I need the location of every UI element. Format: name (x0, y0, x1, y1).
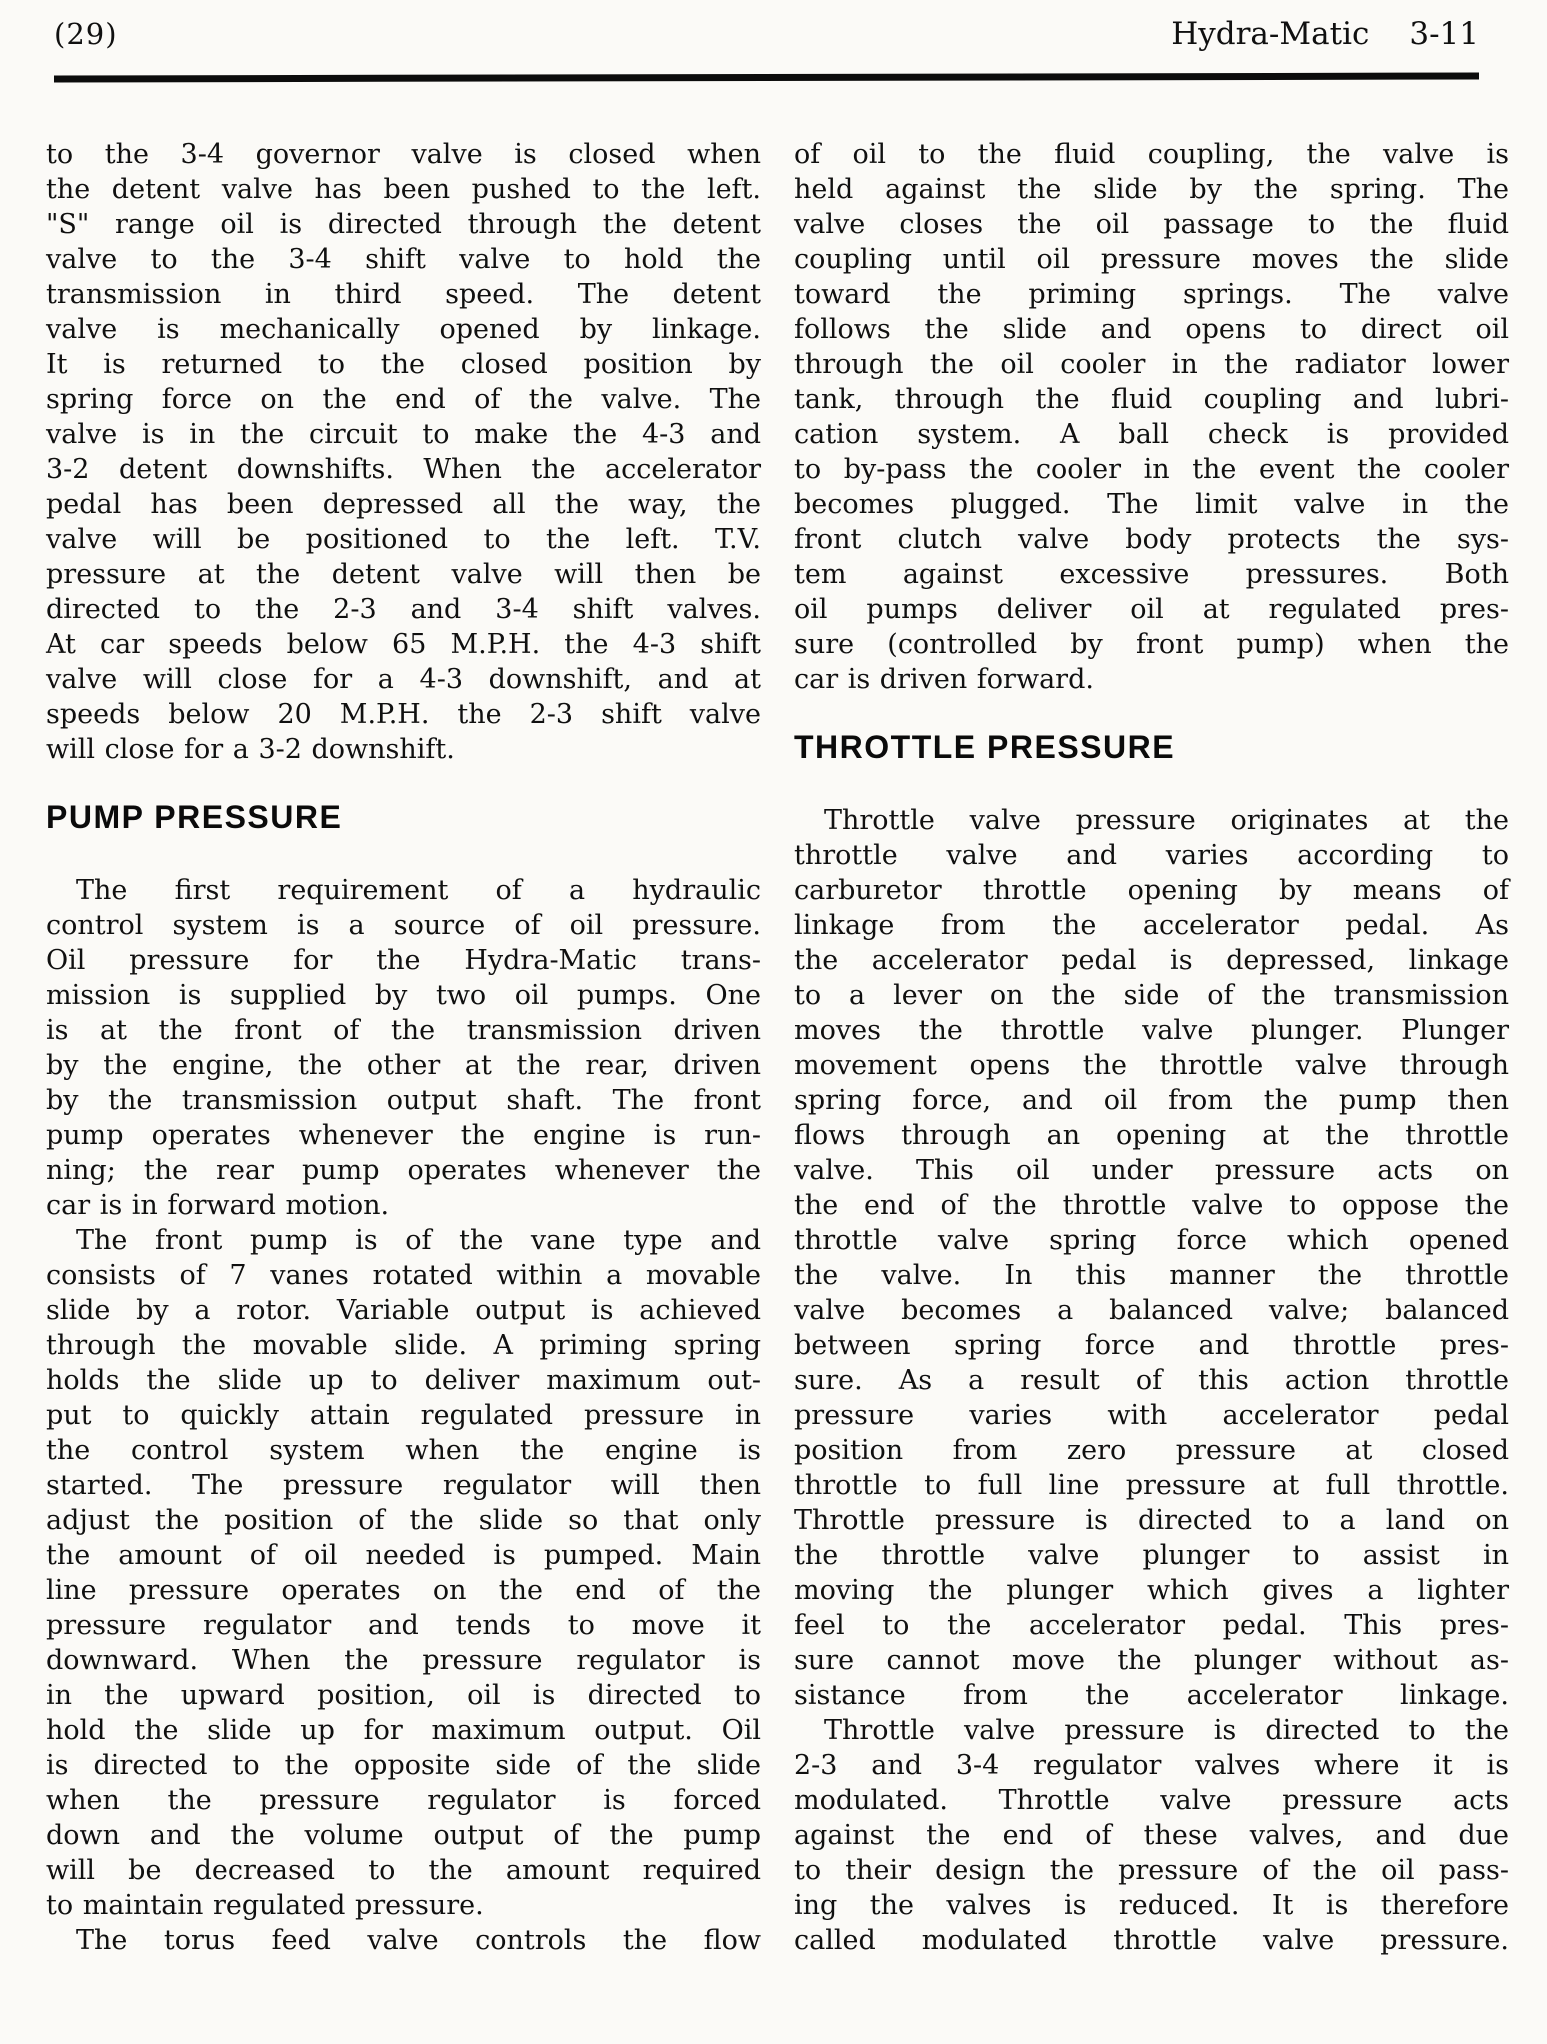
text-line: becomes plugged. The limit valve in the (794, 487, 1509, 522)
text-line: coupling until oil pressure moves the sl… (794, 242, 1509, 277)
text-line: ing the valves is reduced. It is therefo… (794, 1888, 1509, 1923)
text-line: started. The pressure regulator will the… (46, 1468, 761, 1503)
text-line: through the oil cooler in the radiator l… (794, 347, 1509, 382)
text-line: throttle to full line pressure at full t… (794, 1468, 1509, 1503)
text-line: valve becomes a balanced valve; balanced (794, 1293, 1509, 1328)
text-line: is at the front of the transmission driv… (46, 1013, 761, 1048)
text-line: pressure at the detent valve will then b… (46, 557, 761, 592)
text-line: against the end of these valves, and due (794, 1818, 1509, 1853)
text-line: valve is mechanically opened by linkage. (46, 312, 761, 347)
paragraph: The torus feed valve controls the flow (46, 1923, 761, 1958)
text-line: tem against excessive pressures. Both (794, 557, 1509, 592)
column-right: of oil to the fluid coupling, the valve … (794, 137, 1509, 1958)
text-line: Throttle pressure is directed to a land … (794, 1503, 1509, 1538)
text-line: valve closes the oil passage to the flui… (794, 207, 1509, 242)
text-line: downward. When the pressure regulator is (46, 1643, 761, 1678)
text-line: the valve. In this manner the throttle (794, 1258, 1509, 1293)
text-line: valve is in the circuit to make the 4-3 … (46, 417, 761, 452)
text-line: by the transmission output shaft. The fr… (46, 1083, 761, 1118)
paragraph: of oil to the fluid coupling, the valve … (794, 137, 1509, 697)
text-line: The torus feed valve controls the flow (46, 1923, 761, 1958)
text-line: At car speeds below 65 M.P.H. the 4-3 sh… (46, 627, 761, 662)
text-line: in the upward position, oil is directed … (46, 1678, 761, 1713)
text-line: The first requirement of a hydraulic (46, 873, 761, 908)
page-number: 3-11 (1409, 16, 1479, 52)
text-line: between spring force and throttle pres- (794, 1328, 1509, 1363)
text-line: put to quickly attain regulated pressure… (46, 1398, 761, 1433)
running-title: Hydra-Matic3-11 (1171, 16, 1479, 52)
text-line: tank, through the fluid coupling and lub… (794, 382, 1509, 417)
text-line: consists of 7 vanes rotated within a mov… (46, 1258, 761, 1293)
text-line: the amount of oil needed is pumped. Main (46, 1538, 761, 1573)
text-line: of oil to the fluid coupling, the valve … (794, 137, 1509, 172)
text-line: throttle valve and varies according to (794, 838, 1509, 873)
text-line: It is returned to the closed position by (46, 347, 761, 382)
text-line: follows the slide and opens to direct oi… (794, 312, 1509, 347)
text-line: sistance from the accelerator linkage. (794, 1678, 1509, 1713)
text-line: toward the priming springs. The valve (794, 277, 1509, 312)
text-line: oil pumps deliver oil at regulated pres- (794, 592, 1509, 627)
text-line: pressure varies with accelerator pedal (794, 1398, 1509, 1433)
text-line: moves the throttle valve plunger. Plunge… (794, 1013, 1509, 1048)
text-line: position from zero pressure at closed (794, 1433, 1509, 1468)
text-line: the throttle valve plunger to assist in (794, 1538, 1509, 1573)
paragraph: The first requirement of a hydrauliccont… (46, 873, 761, 1223)
text-line: will close for a 3-2 downshift. (46, 732, 761, 767)
page-marker: (29) (54, 17, 118, 51)
text-line: carburetor throttle opening by means of (794, 873, 1509, 908)
text-line: slide by a rotor. Variable output is ach… (46, 1293, 761, 1328)
section-heading: PUMP PRESSURE (46, 797, 761, 837)
text-line: valve to the 3-4 shift valve to hold the (46, 242, 761, 277)
text-line: speeds below 20 M.P.H. the 2-3 shift val… (46, 697, 761, 732)
text-line: sure. As a result of this action throttl… (794, 1363, 1509, 1398)
text-line: 3-2 detent downshifts. When the accelera… (46, 452, 761, 487)
text-line: sure (controlled by front pump) when the (794, 627, 1509, 662)
text-line: holds the slide up to deliver maximum ou… (46, 1363, 761, 1398)
text-line: mission is supplied by two oil pumps. On… (46, 978, 761, 1013)
section-heading: THROTTLE PRESSURE (794, 727, 1509, 767)
text-line: held against the slide by the spring. Th… (794, 172, 1509, 207)
text-line: valve. This oil under pressure acts on (794, 1153, 1509, 1188)
text-line: control system is a source of oil pressu… (46, 908, 761, 943)
text-line: ning; the rear pump operates whenever th… (46, 1153, 761, 1188)
section-title: Hydra-Matic (1171, 16, 1369, 52)
page-header: (29) Hydra-Matic3-11 (46, 14, 1509, 52)
text-line: pressure regulator and tends to move it (46, 1608, 761, 1643)
text-line: flows through an opening at the throttle (794, 1118, 1509, 1153)
text-line: the detent valve has been pushed to the … (46, 172, 761, 207)
text-line: spring force on the end of the valve. Th… (46, 382, 761, 417)
paragraph: Throttle valve pressure is directed to t… (794, 1713, 1509, 1958)
text-line: cation system. A ball check is provided (794, 417, 1509, 452)
text-line: to a lever on the side of the transmissi… (794, 978, 1509, 1013)
text-line: transmission in third speed. The detent (46, 277, 761, 312)
text-line: Throttle valve pressure originates at th… (794, 803, 1509, 838)
text-line: by the engine, the other at the rear, dr… (46, 1048, 761, 1083)
text-line: car is driven forward. (794, 662, 1509, 697)
text-line: to their design the pressure of the oil … (794, 1853, 1509, 1888)
header-rule (54, 73, 1479, 83)
text-line: to maintain regulated pressure. (46, 1888, 761, 1923)
text-line: the control system when the engine is (46, 1433, 761, 1468)
paragraph: Throttle valve pressure originates at th… (794, 803, 1509, 1713)
text-line: linkage from the accelerator pedal. As (794, 908, 1509, 943)
text-line: car is in forward motion. (46, 1188, 761, 1223)
text-line: feel to the accelerator pedal. This pres… (794, 1608, 1509, 1643)
text-line: called modulated throttle valve pressure… (794, 1923, 1509, 1958)
text-line: to by-pass the cooler in the event the c… (794, 452, 1509, 487)
text-line: sure cannot move the plunger without as- (794, 1643, 1509, 1678)
text-line: movement opens the throttle valve throug… (794, 1048, 1509, 1083)
text-line: directed to the 2-3 and 3-4 shift valves… (46, 592, 761, 627)
text-line: front clutch valve body protects the sys… (794, 522, 1509, 557)
text-line: 2-3 and 3-4 regulator valves where it is (794, 1748, 1509, 1783)
text-line: down and the volume output of the pump (46, 1818, 761, 1853)
text-line: will be decreased to the amount required (46, 1853, 761, 1888)
text-line: valve will close for a 4-3 downshift, an… (46, 662, 761, 697)
text-line: The front pump is of the vane type and (46, 1223, 761, 1258)
text-line: is directed to the opposite side of the … (46, 1748, 761, 1783)
text-line: throttle valve spring force which opened (794, 1223, 1509, 1258)
text-line: the end of the throttle valve to oppose … (794, 1188, 1509, 1223)
column-left: to the 3-4 governor valve is closed when… (46, 137, 761, 1958)
text-line: pedal has been depressed all the way, th… (46, 487, 761, 522)
text-line: spring force, and oil from the pump then (794, 1083, 1509, 1118)
text-line: moving the plunger which gives a lighter (794, 1573, 1509, 1608)
text-line: modulated. Throttle valve pressure acts (794, 1783, 1509, 1818)
text-line: adjust the position of the slide so that… (46, 1503, 761, 1538)
text-line: pump operates whenever the engine is run… (46, 1118, 761, 1153)
text-line: line pressure operates on the end of the (46, 1573, 761, 1608)
text-line: valve will be positioned to the left. T.… (46, 522, 761, 557)
text-line: "S" range oil is directed through the de… (46, 207, 761, 242)
text-line: when the pressure regulator is forced (46, 1783, 761, 1818)
text-line: through the movable slide. A priming spr… (46, 1328, 761, 1363)
text-line: Oil pressure for the Hydra-Matic trans- (46, 943, 761, 978)
text-line: the accelerator pedal is depressed, link… (794, 943, 1509, 978)
text-line: to the 3-4 governor valve is closed when (46, 137, 761, 172)
manual-page: (29) Hydra-Matic3-11 to the 3-4 governor… (0, 0, 1547, 2044)
text-line: hold the slide up for maximum output. Oi… (46, 1713, 761, 1748)
paragraph: to the 3-4 governor valve is closed when… (46, 137, 761, 767)
content-columns: to the 3-4 governor valve is closed when… (46, 137, 1509, 1958)
paragraph: The front pump is of the vane type andco… (46, 1223, 761, 1923)
text-line: Throttle valve pressure is directed to t… (794, 1713, 1509, 1748)
